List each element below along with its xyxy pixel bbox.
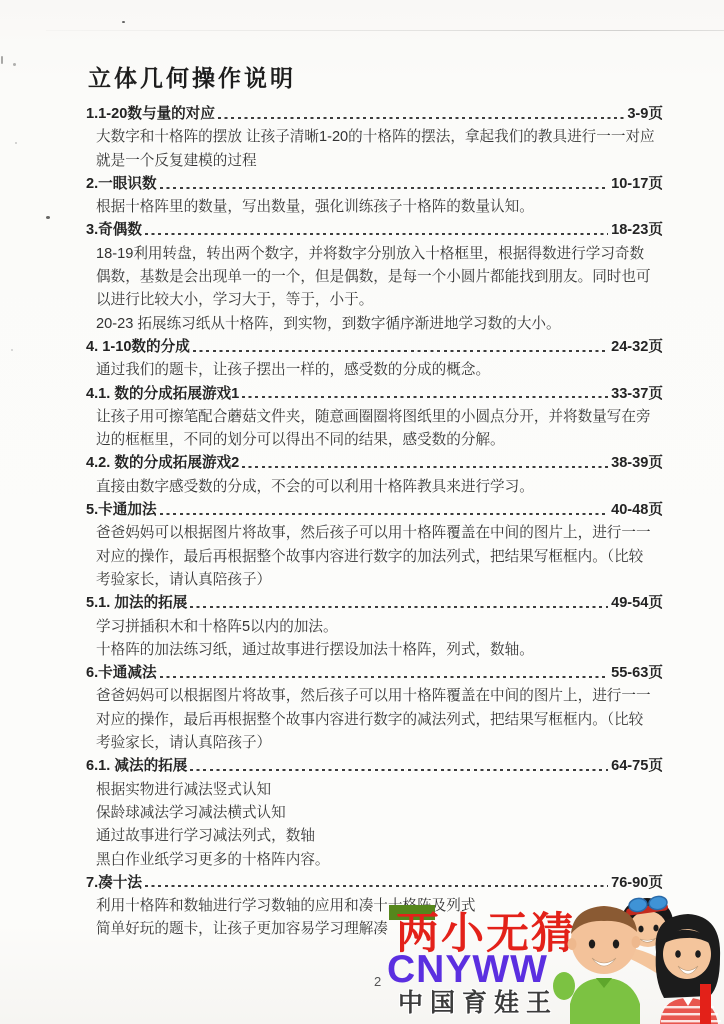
toc-entry-label: 6.1. 减法的拓展	[86, 755, 187, 778]
scan-speck	[15, 142, 17, 144]
scan-speck	[13, 63, 16, 66]
toc-entry-label: 4.1. 数的分成拓展游戏1	[86, 383, 239, 406]
toc-entry-heading: 5.卡通加法 40-48页	[86, 499, 663, 522]
toc-entry-label: 4. 1-10数的分成	[86, 336, 190, 359]
toc-entry-heading: 4.2. 数的分成拓展游戏2 38-39页	[86, 452, 663, 475]
dotted-leader	[160, 187, 609, 189]
toc-entry-label: 5.卡通加法	[86, 499, 157, 522]
toc-entry-pages: 40-48页	[611, 499, 663, 522]
toc-entry-pages: 18-23页	[611, 219, 663, 242]
toc-entry-label: 7.凑十法	[86, 872, 142, 895]
toc-entry-description: 让孩子用可擦笔配合蘑菇文件夹，随意画圈圈将图纸里的小圆点分开，并将数量写在旁	[86, 406, 663, 429]
dotted-leader	[145, 885, 608, 887]
toc-entry-pages: 10-17页	[611, 173, 663, 196]
toc-entry-description: 黑白作业纸学习更多的十格阵内容。	[86, 849, 663, 872]
mascot-characters-image	[552, 882, 724, 1024]
scan-speck	[1, 56, 3, 64]
watermark-corner-bar	[700, 984, 711, 1024]
toc-entry-pages: 3-9页	[627, 103, 663, 126]
toc-entry-heading: 3.奇偶数 18-23页	[86, 219, 663, 242]
toc-entry-description: 考验家长，请认真陪孩子）	[86, 732, 663, 755]
toc-entry-label: 2.一眼识数	[86, 173, 157, 196]
toc-entry-description: 对应的操作，最后再根据整个故事内容进行数字的加法列式，把结果写框框内。（比较	[86, 546, 663, 569]
dotted-leader	[218, 117, 624, 119]
toc-entry-description: 18-19利用转盘，转出两个数字，并将数字分别放入十格框里，根据得数进行学习奇数	[86, 243, 663, 266]
toc-entry-description: 偶数，基数是会出现单一的一个，但是偶数，是每一个小圆片都能找到朋友。同时也可	[86, 266, 663, 289]
toc-entry-description: 爸爸妈妈可以根据图片将故事，然后孩子可以用十格阵覆盖在中间的图片上，进行一一	[86, 685, 663, 708]
toc-entry-description: 以进行比较大小，学习大于，等于，小于。	[86, 289, 663, 312]
page-title: 立体几何操作说明	[88, 60, 296, 93]
toc-entry-pages: 55-63页	[611, 662, 663, 685]
toc-entry-description: 对应的操作，最后再根据整个故事内容进行数字的减法列式，把结果写框框内。（比较	[86, 709, 663, 732]
toc-entry-description: 20-23 拓展练习纸从十格阵，到实物，到数字循序渐进地学习数的大小。	[86, 313, 663, 336]
toc-entry-label: 1.1-20数与量的对应	[86, 103, 215, 126]
dotted-leader	[160, 676, 609, 678]
toc-entry-label: 4.2. 数的分成拓展游戏2	[86, 452, 239, 475]
scan-speck	[11, 349, 13, 351]
page-number: 2	[374, 974, 381, 989]
toc-entry-description: 直接由数字感受数的分成，不会的可以利用十格阵教具来进行学习。	[86, 476, 663, 499]
toc-entry-heading: 5.1. 加法的拓展 49-54页	[86, 592, 663, 615]
scanned-page: 立体几何操作说明 1.1-20数与量的对应 3-9页 大数字和十格阵的摆放 让孩…	[0, 0, 724, 1024]
toc-entry-description: 通过我们的题卡，让孩子摆出一样的，感受数的分成的概念。	[86, 359, 663, 382]
toc-entry-description: 保龄球减法学习减法横式认知	[86, 802, 663, 825]
toc-entry-description: 就是一个反复建模的过程	[86, 150, 663, 173]
toc-entry-description: 十格阵的加法练习纸，通过故事进行摆设加法十格阵，列式，数轴。	[86, 639, 663, 662]
toc-entry-label: 3.奇偶数	[86, 219, 142, 242]
toc-entry-label: 5.1. 加法的拓展	[86, 592, 187, 615]
toc-entry-heading: 6.卡通减法 55-63页	[86, 662, 663, 685]
watermark-brand-acronym: CNYWW	[387, 950, 548, 989]
dotted-leader	[193, 350, 608, 352]
toc-entry-heading: 4. 1-10数的分成 24-32页	[86, 336, 663, 359]
dotted-leader	[190, 769, 608, 771]
toc-entry-description: 通过故事进行学习减法列式，数轴	[86, 825, 663, 848]
toc-entry-pages: 38-39页	[611, 452, 663, 475]
dotted-leader	[242, 466, 608, 468]
toc-entry-heading: 2.一眼识数 10-17页	[86, 173, 663, 196]
dotted-leader	[160, 513, 609, 515]
dotted-leader	[242, 396, 608, 398]
toc-entry-description: 根据实物进行减法竖式认知	[86, 779, 663, 802]
toc-entry-description: 大数字和十格阵的摆放 让孩子清晰1-20的十格阵的摆法，拿起我们的教具进行一一对…	[86, 126, 663, 149]
toc-entry-description: 学习拼插积木和十格阵5以内的加法。	[86, 616, 663, 639]
toc-entry-pages: 24-32页	[611, 336, 663, 359]
toc-entry-pages: 49-54页	[611, 592, 663, 615]
scan-artifact-line	[46, 30, 724, 31]
toc-entry-description: 考验家长，请认真陪孩子）	[86, 569, 663, 592]
toc-entry-pages: 33-37页	[611, 383, 663, 406]
toc-entry-heading: 1.1-20数与量的对应 3-9页	[86, 103, 663, 126]
toc-entry-label: 6.卡通减法	[86, 662, 157, 685]
scan-speck	[46, 216, 50, 219]
table-of-contents: 1.1-20数与量的对应 3-9页 大数字和十格阵的摆放 让孩子清晰1-20的十…	[86, 103, 663, 942]
toc-entry-heading: 6.1. 减法的拓展 64-75页	[86, 755, 663, 778]
toc-entry-heading: 4.1. 数的分成拓展游戏1 33-37页	[86, 383, 663, 406]
toc-entry-description: 根据十格阵里的数量，写出数量，强化训练孩子十格阵的数量认知。	[86, 196, 663, 219]
dotted-leader	[145, 233, 608, 235]
watermark-brand-slogan: 中国育娃王	[398, 990, 558, 1018]
dotted-leader	[190, 606, 608, 608]
scan-speck	[122, 21, 125, 23]
mascot-woman	[656, 914, 721, 1024]
toc-entry-description: 爸爸妈妈可以根据图片将故事，然后孩子可以用十格阵覆盖在中间的图片上，进行一一	[86, 522, 663, 545]
toc-entry-pages: 64-75页	[611, 755, 663, 778]
toc-entry-description: 边的框框里，不同的划分可以得出不同的结果，感受数的分解。	[86, 429, 663, 452]
mascot-man	[553, 906, 641, 1024]
